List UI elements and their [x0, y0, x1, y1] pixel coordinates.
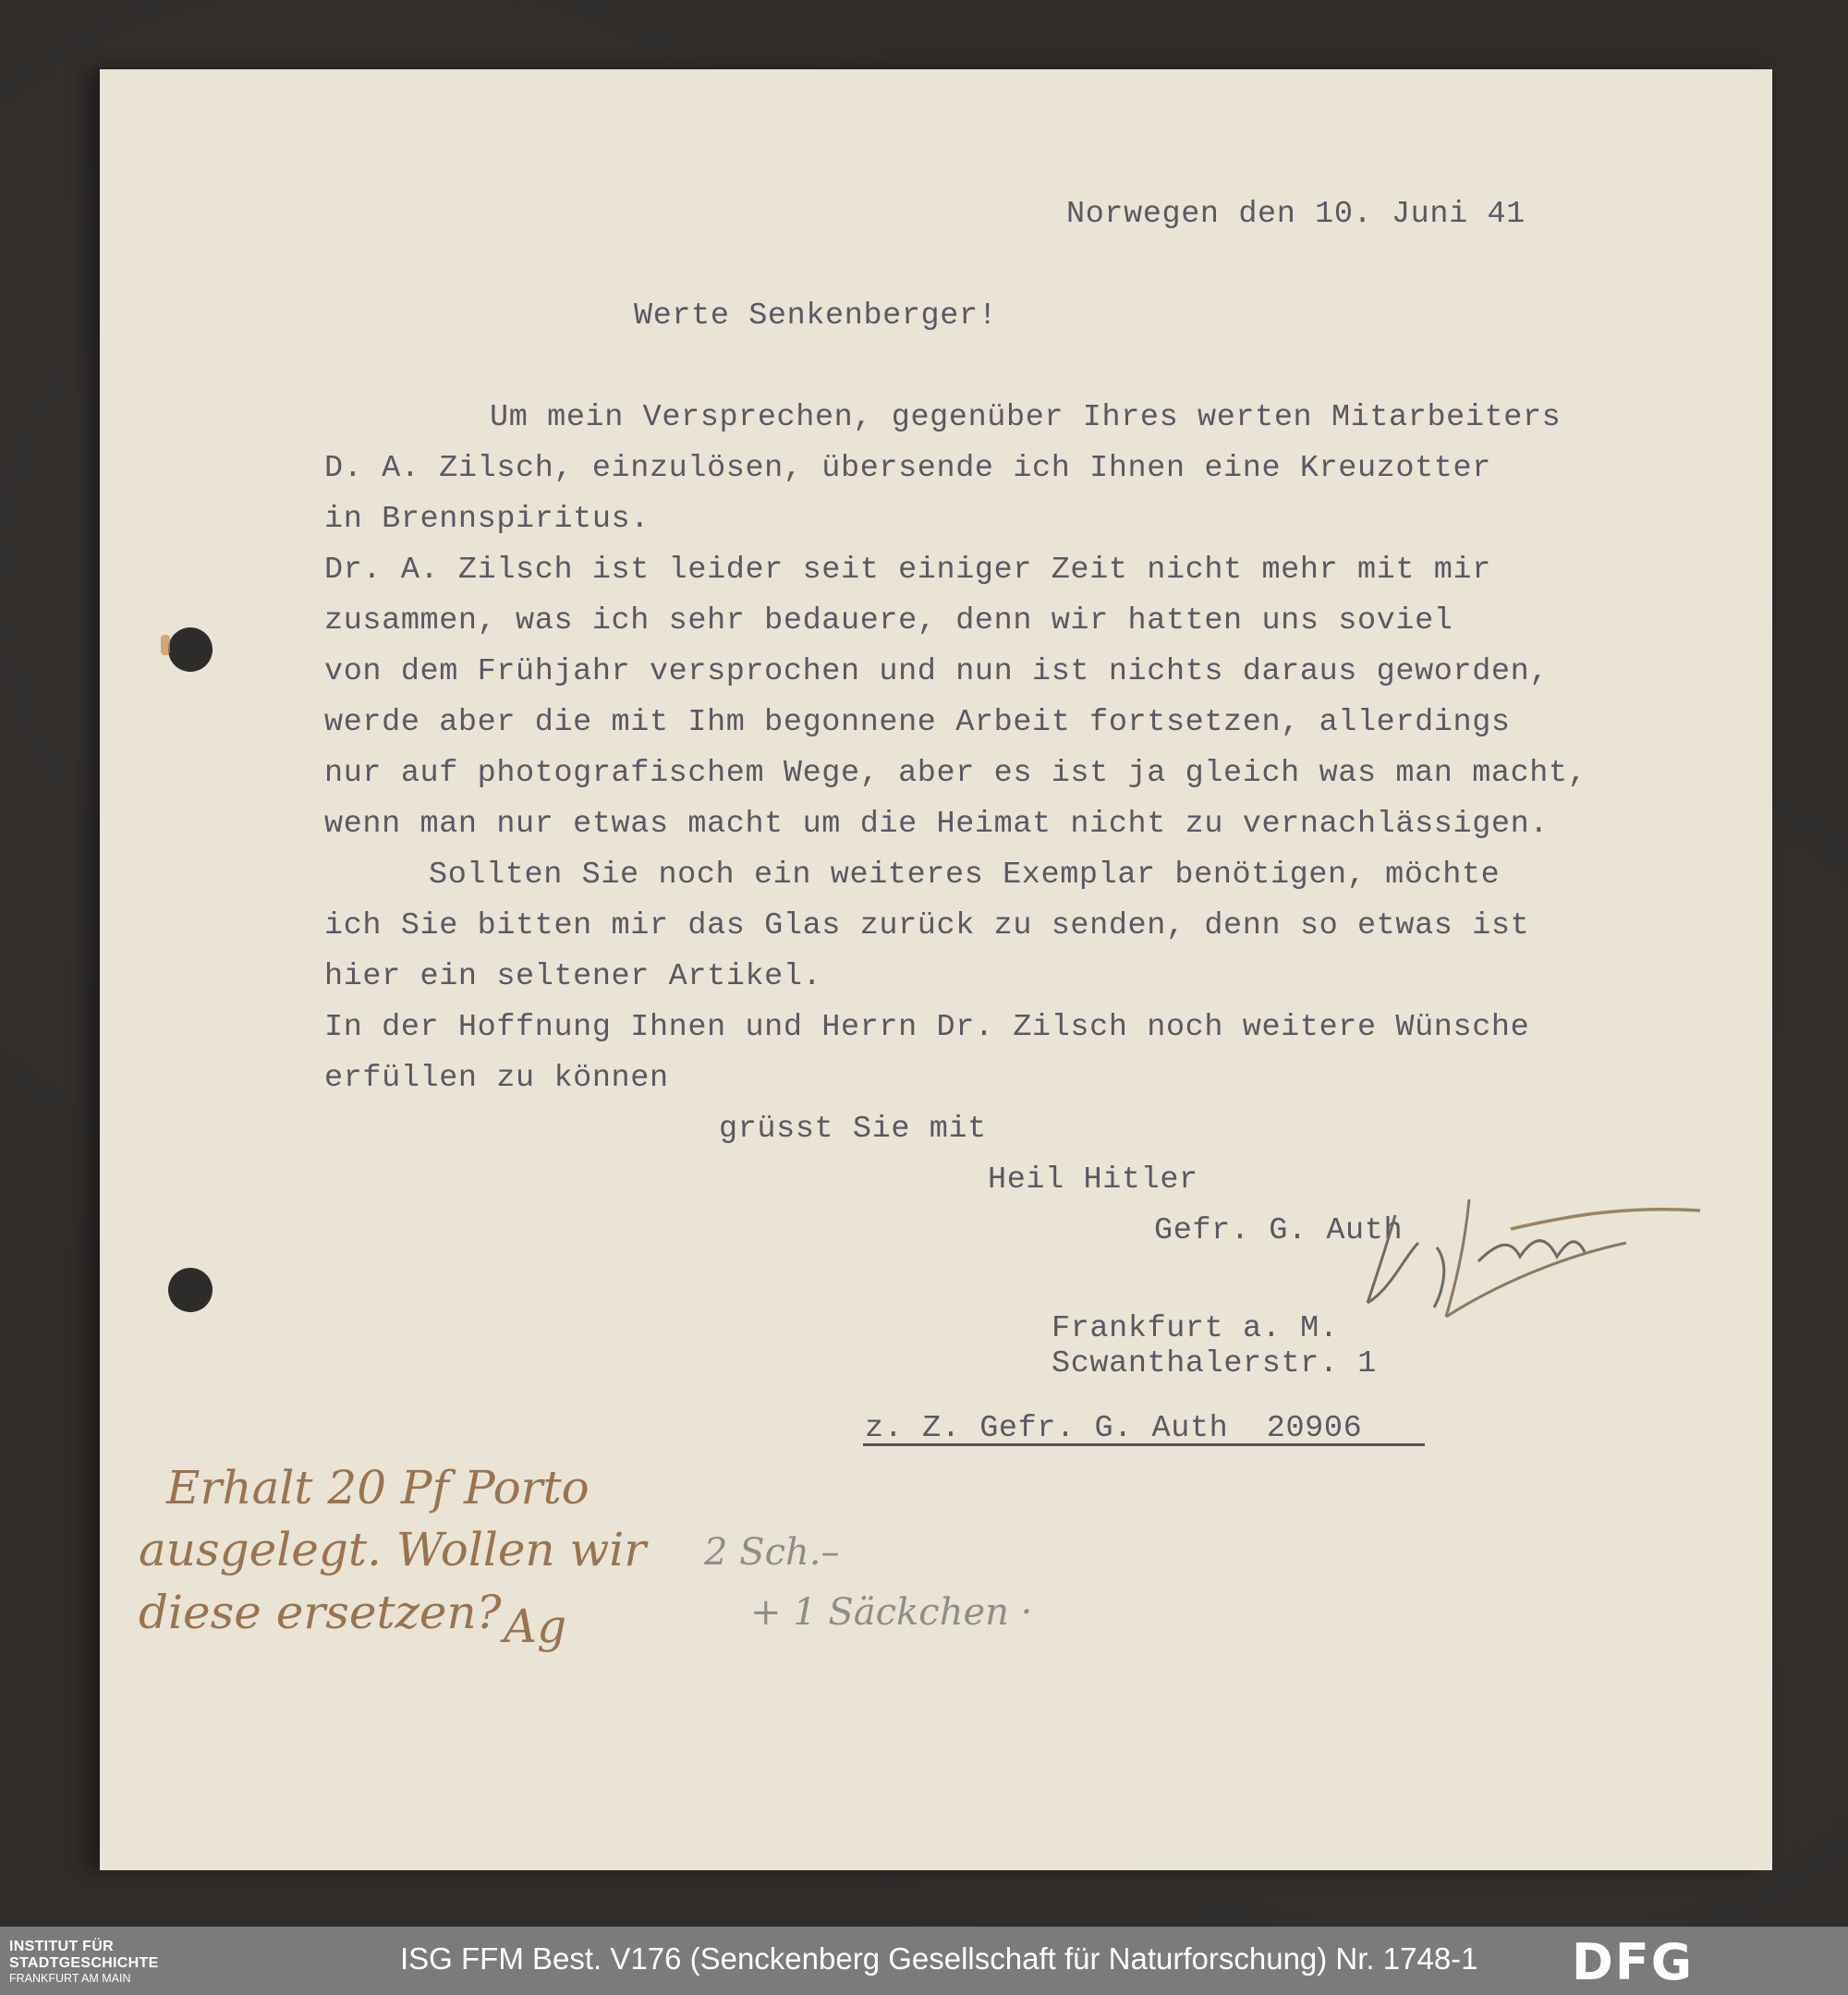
- handwritten-note-line: Erhalt 20 Pf Porto: [166, 1465, 590, 1511]
- body-line: ich Sie bitten mir das Glas zurück zu se…: [324, 911, 1529, 943]
- body-line: Um mein Versprechen, gegenüber Ihres wer…: [490, 403, 1561, 434]
- punch-hole-upper: [168, 627, 213, 672]
- field-post-line: z. Z. Gefr. G. Auth 20906: [865, 1414, 1362, 1445]
- closing-heil: Heil Hitler: [988, 1165, 1198, 1197]
- archive-caption: ISG FFM Best. V176 (Senckenberg Gesellsc…: [400, 1943, 1478, 1974]
- handwritten-initials: Ag: [504, 1603, 566, 1649]
- archive-footer: INSTITUT FÜR STADTGESCHICHTE FRANKFURT A…: [0, 1927, 1848, 1995]
- body-line: In der Hoffnung Ihnen und Herrn Dr. Zils…: [324, 1013, 1529, 1044]
- handwritten-note-line: diese ersetzen?: [139, 1589, 502, 1636]
- body-line: hier ein seltener Artikel.: [324, 962, 821, 993]
- address-city: Frankfurt a. M.: [1052, 1314, 1339, 1345]
- institution-location: FRANKFURT AM MAIN: [9, 1973, 159, 1985]
- institution-name-line1: INSTITUT FÜR: [9, 1940, 159, 1954]
- closing-greeting: grüsst Sie mit: [719, 1114, 987, 1146]
- dfg-logo: DFG: [1572, 1938, 1694, 1988]
- institution-logo: INSTITUT FÜR STADTGESCHICHTE FRANKFURT A…: [9, 1940, 159, 1985]
- body-line: wenn man nur etwas macht um die Heimat n…: [324, 809, 1549, 841]
- handwritten-signature: [1349, 1192, 1737, 1331]
- field-post-underline: [863, 1443, 1425, 1446]
- body-line: in Brennspiritus.: [324, 505, 650, 536]
- address-street: Scwanthalerstr. 1: [1052, 1349, 1377, 1381]
- body-line: erfüllen zu können: [324, 1064, 669, 1095]
- date-line: Norwegen den 10. Juni 41: [1066, 200, 1526, 231]
- institution-name-line2: STADTGESCHICHTE: [9, 1956, 159, 1971]
- body-line: zusammen, was ich sehr bedauere, denn wi…: [324, 606, 1453, 638]
- body-line: von dem Frühjahr versprochen und nun ist…: [324, 657, 1549, 688]
- punch-hole-lower: [168, 1268, 213, 1312]
- body-line: nur auf photografischem Wege, aber es is…: [324, 759, 1587, 790]
- pencil-note-line: + 1 Säckchen ·: [750, 1594, 1032, 1631]
- handwritten-note-line: ausgelegt. Wollen wir: [139, 1527, 646, 1573]
- body-line: D. A. Zilsch, einzulösen, übersende ich …: [324, 454, 1491, 485]
- salutation: Werte Senkenberger!: [634, 301, 997, 333]
- body-line: Dr. A. Zilsch ist leider seit einiger Ze…: [324, 555, 1491, 587]
- pencil-note-line: 2 Sch.–: [704, 1534, 839, 1571]
- body-line: werde aber die mit Ihm begonnene Arbeit …: [324, 708, 1511, 739]
- body-line: Sollten Sie noch ein weiteres Exemplar b…: [429, 860, 1500, 892]
